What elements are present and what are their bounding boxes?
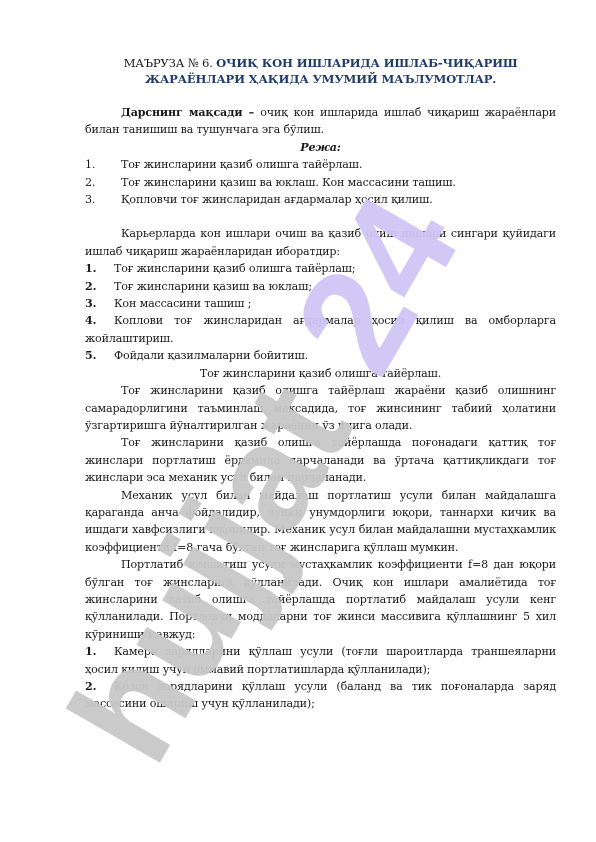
process-item-number: 2. (85, 278, 114, 295)
process-list: 1. Тоғ жинсларини қазиб олишга тайёрлаш;… (85, 260, 556, 364)
spacer (85, 208, 556, 225)
plan-item: 1. Тоғ жинсларини қазиб олишга тайёрлаш. (85, 156, 556, 173)
lesson-goal: Дарснинг мақсади – очиқ кон ишларида ишл… (85, 104, 556, 139)
plan-item-number: 2. (85, 174, 121, 191)
plan-list: 1. Тоғ жинсларини қазиб олишга тайёрлаш.… (85, 156, 556, 208)
process-item-number: 3. (85, 295, 114, 312)
goal-label: Дарснинг мақсади – (121, 106, 260, 119)
method-item-number: 1. (85, 643, 114, 660)
process-item-text: Фойдали қазилмаларни бойитиш. (114, 347, 556, 364)
method-list: 1.Камера зарядларини қўллаш усули (тоғли… (85, 643, 556, 713)
method-item-number: 2. (85, 678, 114, 695)
process-item: 1. Тоғ жинсларини қазиб олишга тайёрлаш; (85, 260, 556, 277)
process-item-text: Тоғ жинсларини қазиб олишга тайёрлаш; (114, 260, 556, 277)
process-item: 2. Тоғ жинсларини қазиш ва юклаш; (85, 278, 556, 295)
plan-heading: Режа: (85, 139, 556, 156)
process-item-number: 1. (85, 260, 114, 277)
body-paragraph: Портлатиб юмшатиш усули мустаҳкамлик коэ… (85, 556, 556, 643)
plan-item-text: Тоғ жинсларини қазиб олишга тайёрлаш. (121, 156, 362, 173)
intro-paragraph: Карьерларда кон ишлари очиш ва қазиб оли… (85, 225, 556, 260)
method-item: 1.Камера зарядларини қўллаш усули (тоғли… (85, 643, 556, 678)
method-item-text: Камера зарядларини қўллаш усули (тоғли ш… (85, 645, 556, 675)
plan-item: 2. Тоғ жинсларини қазиш ва юклаш. Кон ма… (85, 174, 556, 191)
method-item: 2.Қозон зарядларини қўллаш усули (баланд… (85, 678, 556, 713)
plan-item-number: 1. (85, 156, 121, 173)
lecture-number: МАЪРУЗА № 6. (124, 56, 217, 70)
process-item-number: 5. (85, 347, 114, 364)
lecture-title: МАЪРУЗА № 6. ОЧИҚ КОН ИШЛАРИДА ИШЛАБ-ЧИҚ… (85, 56, 556, 87)
plan-item: 3. Қопловчи тоғ жинсларидан ағдармалар ҳ… (85, 191, 556, 208)
process-item: 4.Коплови тоғ жинсларидан ағдармалар ҳос… (85, 312, 556, 347)
plan-item-text: Қопловчи тоғ жинсларидан ағдармалар ҳоси… (121, 191, 433, 208)
body-paragraph: Тоғ жинсларини қазиб олишга тайёрлашда п… (85, 434, 556, 486)
section-heading: Тоғ жинсларини қазиб олишга тайёрлаш. (85, 365, 556, 382)
plan-item-number: 3. (85, 191, 121, 208)
document-page: МАЪРУЗА № 6. ОЧИҚ КОН ИШЛАРИДА ИШЛАБ-ЧИҚ… (0, 0, 596, 842)
process-item-text: Тоғ жинсларини қазиш ва юклаш; (114, 278, 556, 295)
method-item-text: Қозон зарядларини қўллаш усули (баланд в… (85, 680, 556, 710)
plan-item-text: Тоғ жинсларини қазиш ва юклаш. Кон масса… (121, 174, 456, 191)
process-item-number: 4. (85, 312, 114, 329)
process-item-text: Коплови тоғ жинсларидан ағдармалар ҳосил… (85, 314, 556, 344)
body-paragraph: Механик усул билан майдалаш портлатиш ус… (85, 487, 556, 557)
document-content: МАЪРУЗА № 6. ОЧИҚ КОН ИШЛАРИДА ИШЛАБ-ЧИҚ… (85, 56, 556, 713)
body-paragraph: Тоғ жинсларини қазиб олишга тайёрлаш жар… (85, 382, 556, 434)
process-item: 5. Фойдали қазилмаларни бойитиш. (85, 347, 556, 364)
process-item: 3. Кон массасини ташиш ; (85, 295, 556, 312)
process-item-text: Кон массасини ташиш ; (114, 295, 556, 312)
